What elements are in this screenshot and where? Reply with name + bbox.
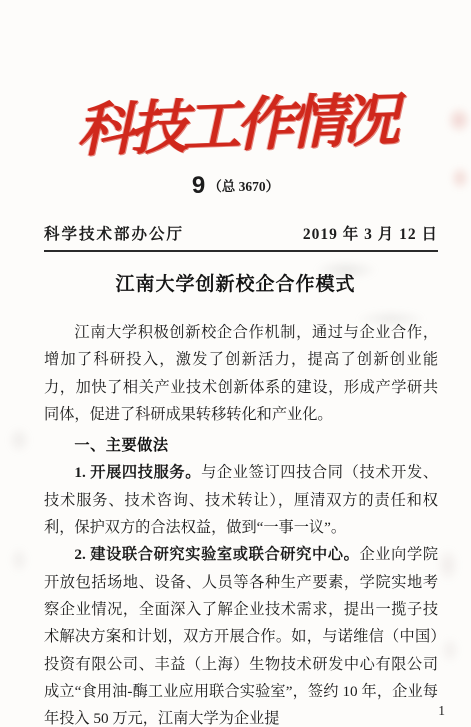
- list-item-lead: 2. 建设联合研究实验室或联合研究中心。: [74, 546, 359, 563]
- document-page: 科技工作情况 9（总 3670） 科学技术部办公厅 2019 年 3 月 12 …: [0, 0, 471, 727]
- list-item-body: 企业向学院开放包括场地、设备、人员等各种生产要素，学院实地考察企业情况，全面深入…: [44, 546, 438, 727]
- issue-total-number: （总 3670）: [208, 179, 279, 194]
- list-item-lead: 1. 开展四技服务。: [74, 464, 201, 481]
- issue-line: 9（总 3670）: [0, 172, 471, 200]
- scan-bleedthrough-artifact: [2, 420, 42, 620]
- list-item: 2. 建设联合研究实验室或联合研究中心。企业向学院开放包括场地、设备、人员等各种…: [44, 541, 438, 727]
- intro-paragraph: 江南大学积极创新校企合作机制，通过与企业合作，增加了科研投入，激发了创新活力，提…: [44, 319, 438, 428]
- header-row: 科学技术部办公厅 2019 年 3 月 12 日: [44, 222, 438, 244]
- masthead-calligraphy-title: 科技工作情况: [0, 78, 471, 174]
- issuing-office: 科学技术部办公厅: [44, 222, 184, 244]
- article-title: 江南大学创新校企合作模式: [0, 269, 471, 296]
- section-heading-main-practices: 一、主要做法: [44, 428, 438, 459]
- issue-date: 2019 年 3 月 12 日: [303, 222, 438, 244]
- header-rule: [44, 250, 438, 252]
- list-item: 1. 开展四技服务。与企业签订四技合同（技术开发、技术服务、技术咨询、技术转让）…: [44, 459, 438, 541]
- issue-number: 9: [192, 172, 205, 199]
- article-body: 江南大学积极创新校企合作机制，通过与企业合作，增加了科研投入，激发了创新活力，提…: [44, 319, 438, 727]
- page-number: 1: [438, 703, 445, 719]
